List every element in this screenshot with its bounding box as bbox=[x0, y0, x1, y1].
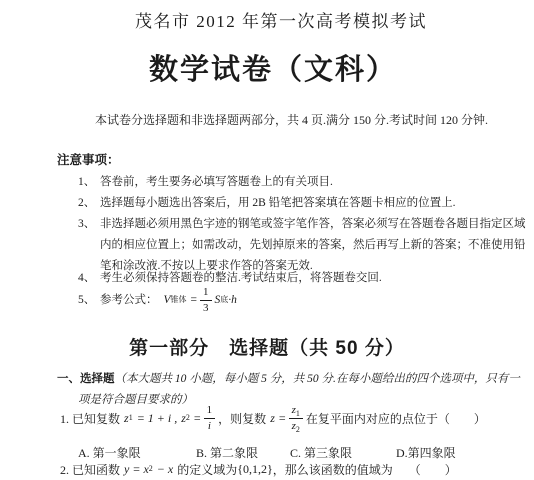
fraction-denominator: z2 bbox=[289, 419, 303, 433]
formula-equals: = bbox=[191, 290, 198, 311]
q1-z2-equals: = bbox=[194, 411, 201, 426]
q1-z1-definition: z1 = 1 + i , z2 = 1 i bbox=[124, 404, 218, 432]
notice-item-2-number: 2、 bbox=[78, 193, 100, 214]
question-1: 1. 已知复数 z1 = 1 + i , z2 = 1 i ，则复数 z = z… bbox=[60, 401, 486, 435]
q2-minus-x: − x bbox=[157, 462, 173, 477]
q1-one-over-i-fraction: 1 i bbox=[204, 404, 216, 432]
part1-heading: 第一部分 选择题（共 50 分） bbox=[0, 333, 534, 360]
paper-subtitle: 数学试卷（文科） bbox=[0, 47, 534, 88]
q1-z1-symbol: z bbox=[124, 411, 129, 426]
reference-formula-label: 参考公式： bbox=[100, 290, 158, 311]
exam-title: 茂名市 2012 年第一次高考模拟考试 bbox=[0, 7, 534, 32]
notice-item-3-line-1: 非选择题必须用黑色字迹的钢笔或签字笔作答，答案必须写在答题卷各题目指定区域 bbox=[100, 214, 526, 235]
notice-item-5-number: 5、 bbox=[78, 290, 100, 311]
q2-domain-set: {0,1,2} bbox=[237, 462, 273, 477]
fraction-numerator: z1 bbox=[289, 404, 303, 419]
q1-frac-den-subscript: 2 bbox=[296, 425, 300, 434]
q1-z-symbol: z bbox=[270, 411, 275, 426]
notice-item-1-number: 1、 bbox=[78, 172, 100, 193]
section1-instruction-line1: 一、选择题（本大题共 10 小题，每小题 5 分，共 50 分.在每小题给出的四… bbox=[57, 370, 520, 386]
notice-item-1: 1、 答卷前，考生要务必填写答题卷上的有关项目. bbox=[78, 172, 333, 193]
formula-V: V bbox=[164, 290, 171, 311]
paper-intro: 本试卷分选择题和非选择题两部分，共 4 页.满分 150 分.考试时间 120 … bbox=[95, 111, 488, 128]
notice-item-2: 2、 选择题每小题选出答案后，用 2B 铅笔把答案填在答题卡相应的位置上. bbox=[78, 193, 456, 214]
q2-answer-parentheses: （ ） bbox=[409, 461, 457, 478]
formula-dot-h: ·h bbox=[228, 290, 237, 311]
instruction-bold-label: 一、选择题 bbox=[57, 373, 115, 385]
q1-z-definition: z = z1 z2 bbox=[270, 404, 306, 432]
notice-item-2-text: 选择题每小题选出答案后，用 2B 铅笔把答案填在答题卡相应的位置上. bbox=[100, 193, 456, 214]
fraction-numerator: 1 bbox=[204, 404, 216, 419]
q2-y-equals-x: y = x bbox=[124, 462, 149, 477]
q2-function-expression: y = x2 − x bbox=[124, 462, 173, 477]
notice-item-3-number: 3、 bbox=[78, 214, 100, 235]
fraction-denominator: 3 bbox=[200, 301, 212, 315]
notice-item-5: 5、 参考公式： V锥体 = 1 3 S底 ·h bbox=[78, 284, 237, 316]
notice-item-1-text: 答卷前，考生要务必填写答题卷上的有关项目. bbox=[100, 172, 333, 193]
q2-tail: ，那么该函数的值域为 bbox=[273, 461, 393, 478]
q1-z1-value: = 1 + i , bbox=[137, 411, 178, 426]
formula-one-third-fraction: 1 3 bbox=[200, 286, 212, 314]
instruction-text-line1: （本大题共 10 小题，每小题 5 分，共 50 分.在每小题给出的四个选项中，… bbox=[115, 373, 520, 385]
notice-item-3-line-2: 内的相应位置上；如需改动，先划掉原来的答案，然后再写上新的答案；不准使用铅 bbox=[100, 235, 526, 256]
fraction-numerator: 1 bbox=[200, 286, 212, 301]
q2-lead: 2. 已知函数 bbox=[60, 461, 120, 478]
exam-paper-page: 茂名市 2012 年第一次高考模拟考试 数学试卷（文科） 本试卷分选择题和非选择… bbox=[0, 0, 534, 480]
question-2: 2. 已知函数 y = x2 − x 的定义域为 {0,1,2} ，那么该函数的… bbox=[60, 458, 457, 480]
q2-mid: 的定义域为 bbox=[177, 461, 237, 478]
q1-frac-num-subscript: 1 bbox=[296, 409, 300, 418]
notice-label: 注意事项： bbox=[57, 150, 120, 168]
reference-formula: V锥体 = 1 3 S底 ·h bbox=[164, 286, 237, 314]
fraction-denominator: i bbox=[205, 419, 214, 433]
q1-lead: 1. 已知复数 bbox=[60, 410, 120, 427]
q1-tail: 在复平面内对应的点位于（ ） bbox=[306, 410, 486, 427]
q1-z1-over-z2-fraction: z1 z2 bbox=[289, 404, 303, 432]
q1-z-equals: = bbox=[279, 411, 286, 426]
q1-mid-text: ，则复数 bbox=[218, 410, 266, 427]
